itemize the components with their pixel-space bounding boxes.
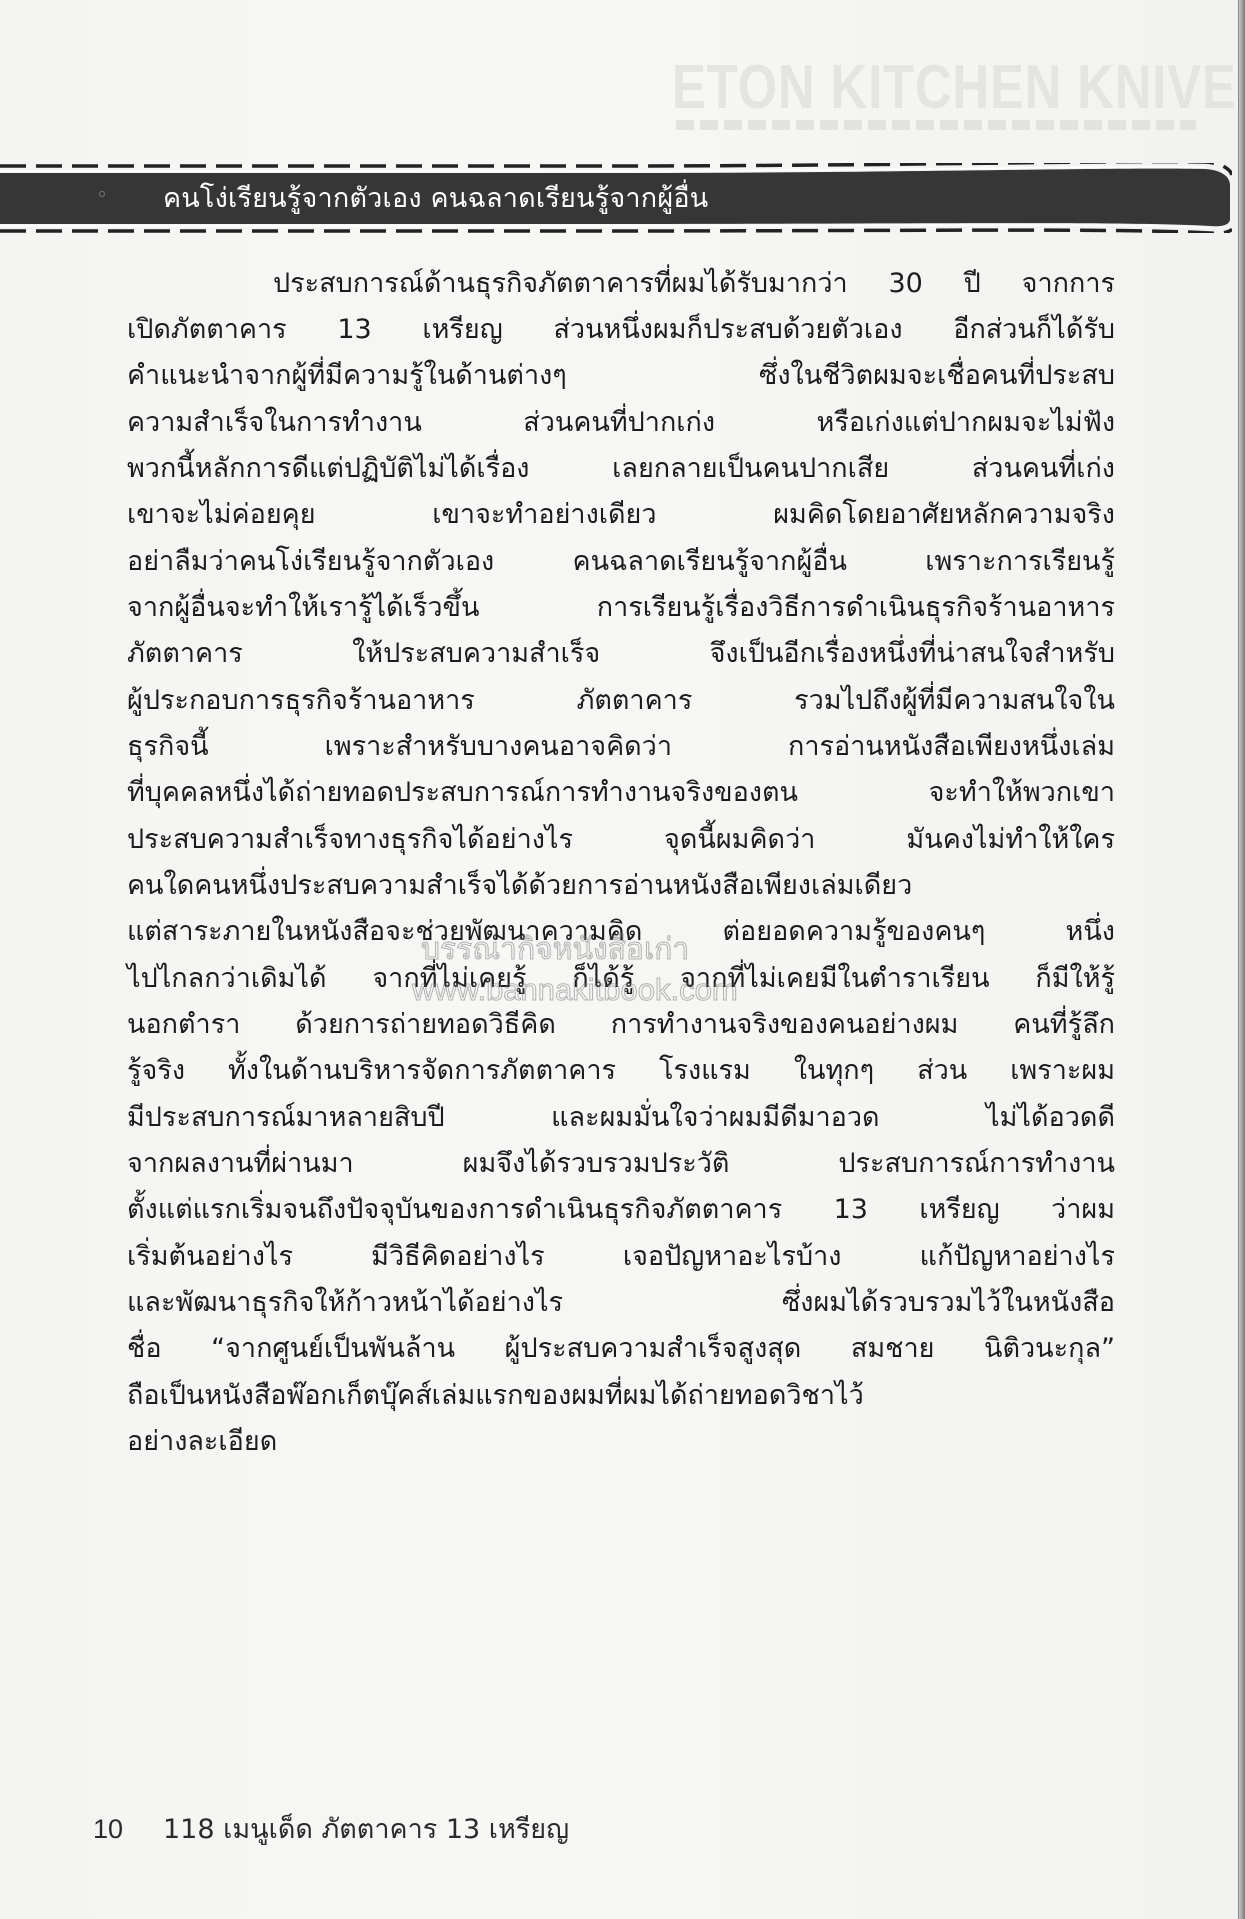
text-line: ความสำเร็จในการทำงาน ส่วนคนที่ปากเก่ง หร… (127, 401, 1115, 445)
text-line: ที่บุคคลหนึ่งได้ถ่ายทอดประสบการณ์การทำงา… (127, 771, 1115, 815)
page-footer: 10118 เมนูเด็ด ภัตตาคาร 13 เหรียญ (93, 1807, 569, 1850)
text-line: เริ่มต้นอย่างไร มีวิธีคิดอย่างไร เจอปัญห… (127, 1235, 1115, 1279)
text-line: ชื่อ “จากศูนย์เป็นพันล้าน ผู้ประสบความสำ… (127, 1327, 1115, 1371)
text-line: ภัตตาคาร ให้ประสบความสำเร็จ จึงเป็นอีกเร… (127, 632, 1115, 676)
text-line: ผู้ประกอบการธุรกิจร้านอาหาร ภัตตาคาร รวม… (127, 679, 1115, 723)
text-line: จากผู้อื่นจะทำให้เรารู้ได้เร็วขึ้น การเร… (127, 586, 1115, 630)
book-page: ETON KITCHEN KNIVE คนโง่เรียนรู้จากตัวเอ… (0, 0, 1240, 1919)
text-line: ประสบการณ์ด้านธุรกิจภัตตาคารที่ผมได้รับม… (273, 262, 1115, 306)
text-line: มีประสบการณ์มาหลายสิบปี และผมมั่นใจว่าผม… (127, 1096, 1115, 1140)
text-line: ตั้งแต่แรกเริ่มจนถึงปัจจุบันของการดำเนิน… (127, 1188, 1115, 1232)
text-line: ธุรกิจนี้ เพราะสำหรับบางคนอาจคิดว่า การอ… (127, 725, 1115, 769)
text-line: จากผลงานที่ผ่านมา ผมจึงได้รวบรวมประวัติ … (127, 1142, 1115, 1186)
text-line: เปิดภัตตาคาร 13 เหรียญ ส่วนหนึ่งผมก็ประส… (127, 308, 1115, 352)
text-line: นอกตำรา ด้วยการถ่ายทอดวิธีคิด การทำงานจร… (127, 1003, 1115, 1047)
text-line: และพัฒนาธุรกิจให้ก้าวหน้าได้อย่างไร ซึ่ง… (127, 1281, 1115, 1325)
show-through-heading: ETON KITCHEN KNIVE (672, 52, 1237, 123)
text-line: ประสบความสำเร็จทางธุรกิจได้อย่างไร จุดนี… (127, 818, 1115, 862)
banner-dot-mark (99, 191, 105, 197)
text-line: คนใดคนหนึ่งประสบความสำเร็จได้ด้วยการอ่าน… (127, 864, 1115, 908)
running-book-title: 118 เมนูเด็ด ภัตตาคาร 13 เหรียญ (163, 1814, 569, 1845)
page-number: 10 (93, 1814, 163, 1845)
text-line: คำแนะนำจากผู้ที่มีความรู้ในด้านต่างๆ ซึ่… (127, 354, 1115, 398)
watermark-shop-name: บรรณากิจหนังสือเก่า (421, 926, 689, 973)
text-line: อย่าลืมว่าคนโง่เรียนรู้จากตัวเอง คนฉลาดเ… (127, 540, 1115, 584)
text-line: เขาจะไม่ค่อยคุย เขาจะทำอย่างเดียว ผมคิดโ… (127, 493, 1115, 537)
watermark-url: www.bannakitbook.com (412, 972, 738, 1008)
text-line: พวกนี้หลักการดีแต่ปฏิบัติไม่ได้เรื่อง เล… (127, 447, 1115, 491)
text-line: ถือเป็นหนังสือพ๊อกเก็ตบุ๊คส์เล่มแรกของผม… (127, 1374, 1115, 1418)
text-line: อย่างละเอียด (127, 1420, 1115, 1464)
chapter-title: คนโง่เรียนรู้จากตัวเอง คนฉลาดเรียนรู้จาก… (163, 176, 708, 219)
text-line: รู้จริง ทั้งในด้านบริหารจัดการภัตตาคาร โ… (127, 1049, 1115, 1093)
show-through-subtext (676, 120, 1196, 130)
page-edge (1239, 0, 1245, 1919)
